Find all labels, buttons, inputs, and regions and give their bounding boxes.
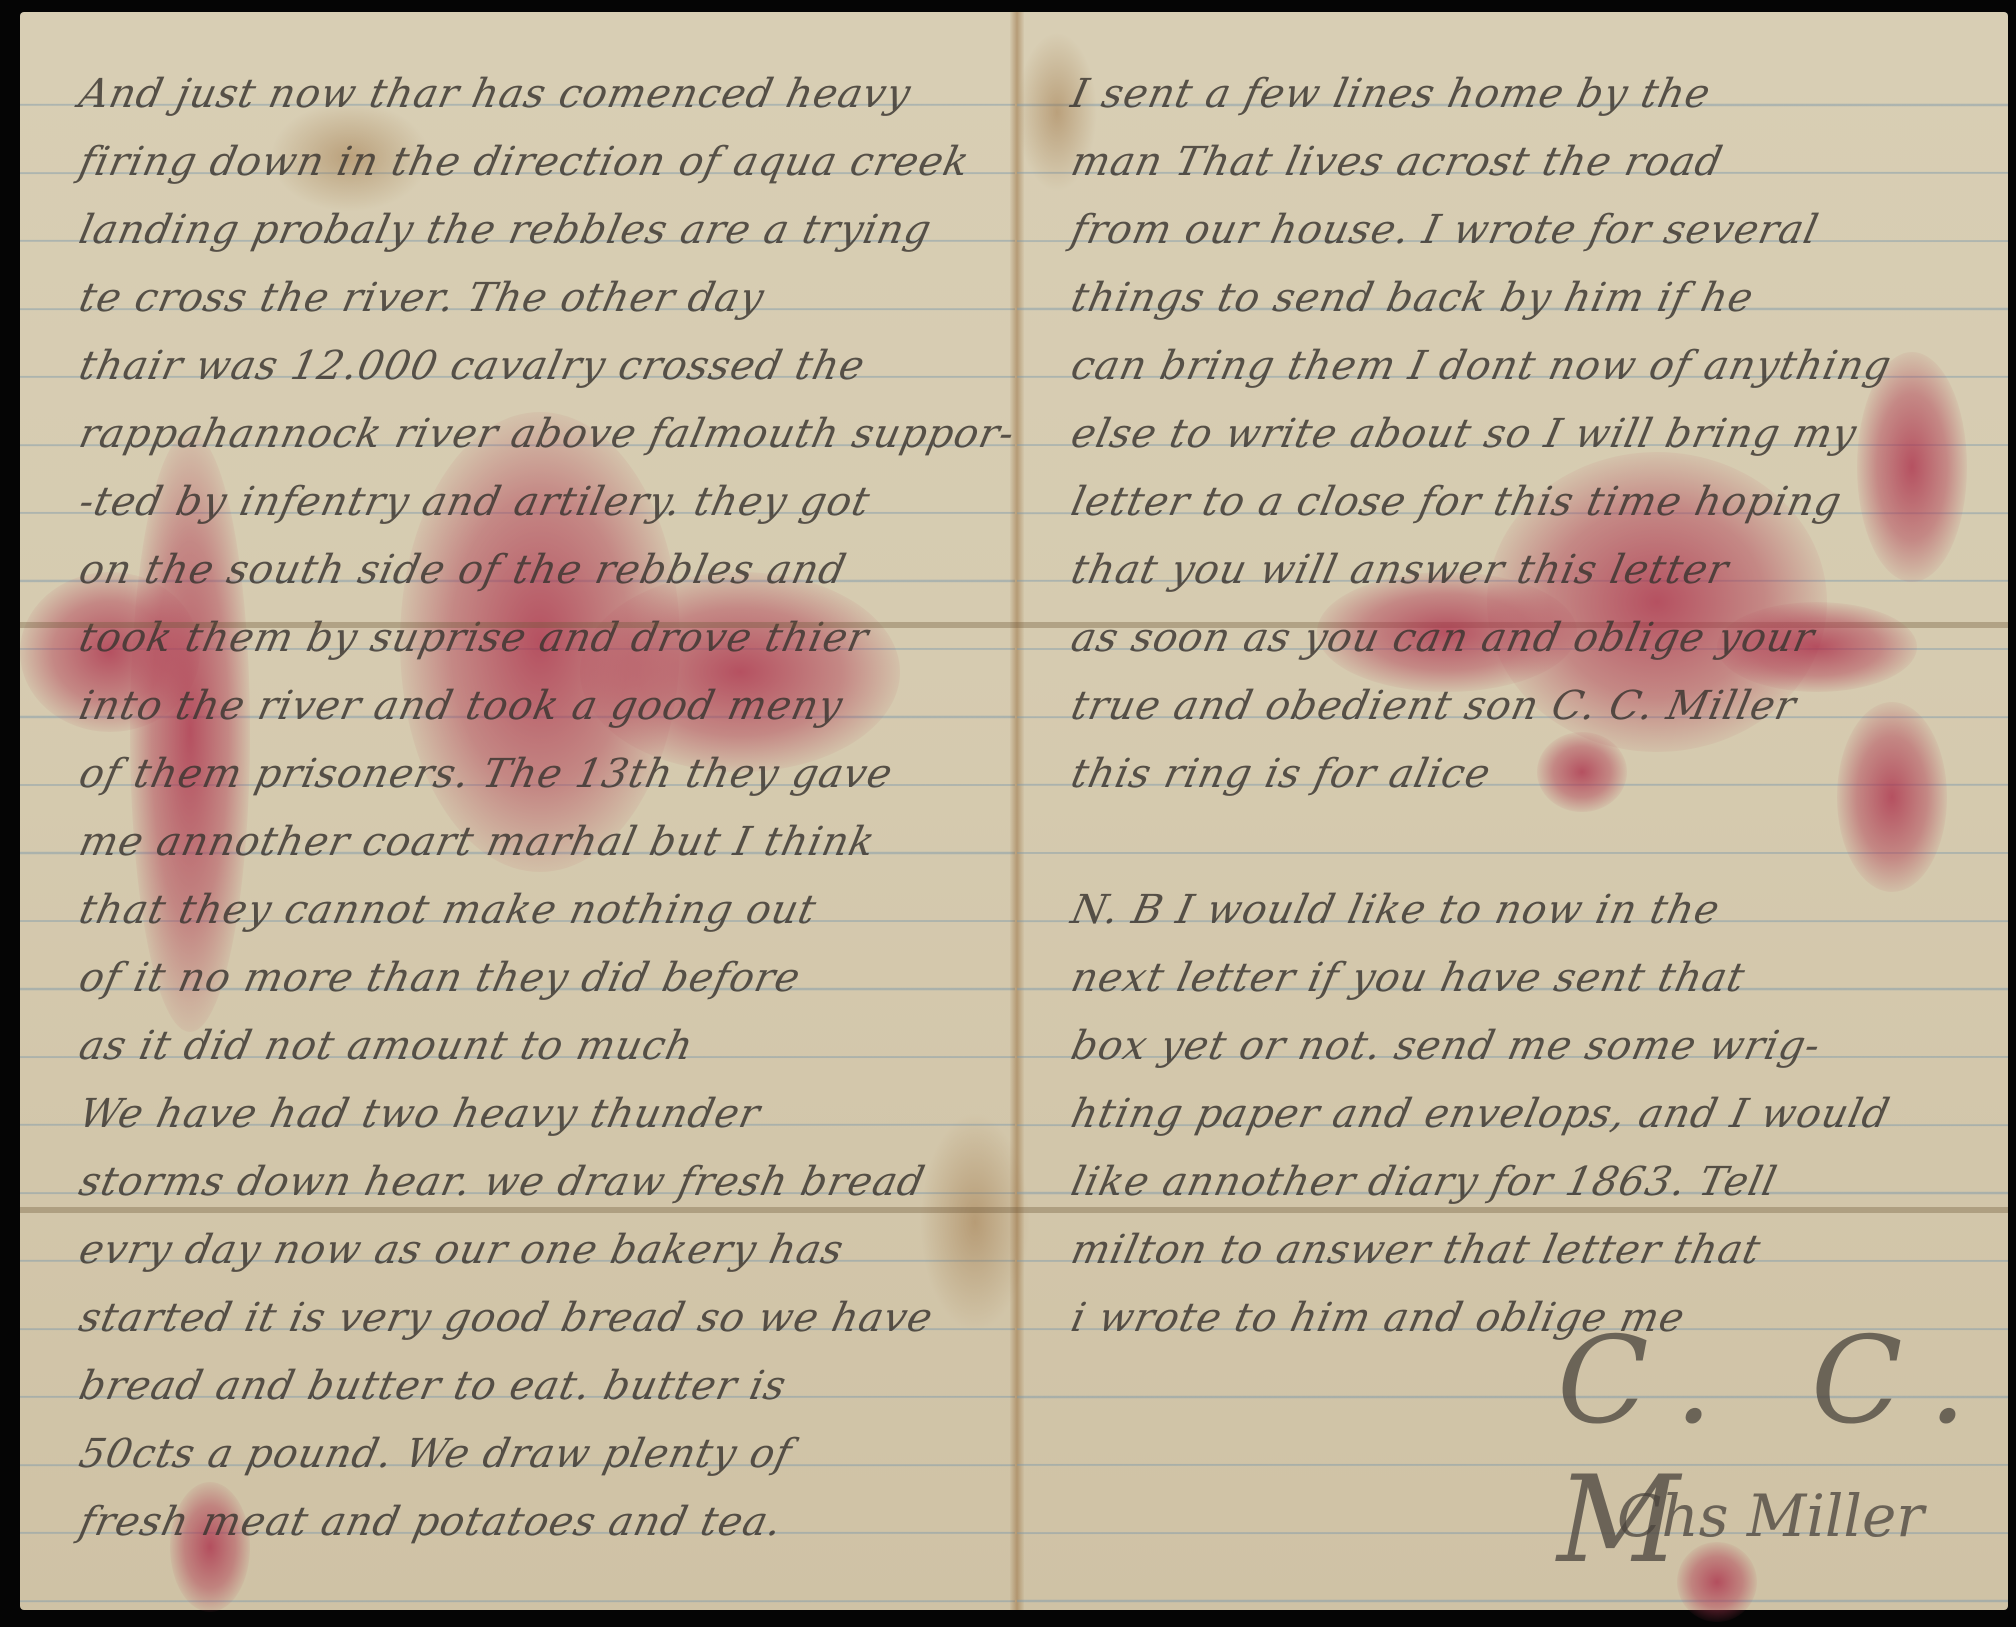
text-line: like annother diary for 1863. Tell bbox=[1065, 1148, 1985, 1216]
text-line: can bring them I dont now of anything bbox=[1065, 332, 1985, 400]
text-line: this ring is for alice bbox=[1065, 740, 1985, 808]
text-line: on the south side of the rebbles and bbox=[73, 536, 992, 604]
text-line: started it is very good bread so we have bbox=[73, 1284, 992, 1352]
left-page-text: And just now thar has comenced heavy fir… bbox=[80, 60, 985, 1556]
text-line: me annother coart marhal but I think bbox=[73, 808, 992, 876]
left-page: And just now thar has comenced heavy fir… bbox=[20, 12, 1015, 1610]
text-line: from our house. I wrote for several bbox=[1065, 196, 1985, 264]
text-line: else to write about so I will bring my bbox=[1065, 400, 1985, 468]
text-line bbox=[1065, 808, 1985, 876]
text-line: as it did not amount to much bbox=[73, 1012, 992, 1080]
text-line: of them prisoners. The 13th they gave bbox=[73, 740, 992, 808]
text-line: true and obedient son C. C. Miller bbox=[1065, 672, 1985, 740]
right-page-text: I sent a few lines home by the man That … bbox=[1072, 60, 1978, 1352]
text-line: letter to a close for this time hoping bbox=[1065, 468, 1985, 536]
text-line: thair was 12.000 cavalry crossed the bbox=[73, 332, 992, 400]
text-line: man That lives acrost the road bbox=[1065, 128, 1985, 196]
text-line: milton to answer that letter that bbox=[1065, 1216, 1985, 1284]
text-line: next letter if you have sent that bbox=[1065, 944, 1985, 1012]
text-line: 50cts a pound. We draw plenty of bbox=[73, 1420, 992, 1488]
text-line: N. B I would like to now in the bbox=[1065, 876, 1985, 944]
text-line: -ted by infentry and artilery. they got bbox=[73, 468, 992, 536]
text-line: And just now thar has comenced heavy bbox=[73, 60, 992, 128]
text-line: bread and butter to eat. butter is bbox=[73, 1352, 992, 1420]
text-line: evry day now as our one bakery has bbox=[73, 1216, 992, 1284]
text-line: fresh meat and potatoes and tea. bbox=[73, 1488, 992, 1556]
signature-name: Chs Miller bbox=[1617, 1482, 1924, 1550]
text-line: hting paper and envelops, and I would bbox=[1065, 1080, 1985, 1148]
text-line: te cross the river. The other day bbox=[73, 264, 992, 332]
text-line: as soon as you can and oblige your bbox=[1065, 604, 1985, 672]
text-line: into the river and took a good meny bbox=[73, 672, 992, 740]
text-line: of it no more than they did before bbox=[73, 944, 992, 1012]
text-line: firing down in the direction of aqua cre… bbox=[73, 128, 992, 196]
text-line: box yet or not. send me some wrig- bbox=[1065, 1012, 1985, 1080]
text-line: took them by suprise and drove thier bbox=[73, 604, 992, 672]
text-line: We have had two heavy thunder bbox=[73, 1080, 992, 1148]
text-line: rappahannock river above falmouth suppor… bbox=[73, 400, 992, 468]
text-line: that you will answer this letter bbox=[1065, 536, 1985, 604]
text-line: things to send back by him if he bbox=[1065, 264, 1985, 332]
right-page: I sent a few lines home by the man That … bbox=[1017, 12, 2008, 1610]
text-line: I sent a few lines home by the bbox=[1065, 60, 1985, 128]
letter-sheet: And just now thar has comenced heavy fir… bbox=[20, 12, 2008, 1610]
text-line: storms down hear. we draw fresh bread bbox=[73, 1148, 992, 1216]
text-line: landing probaly the rebbles are a trying bbox=[73, 196, 992, 264]
text-line: that they cannot make nothing out bbox=[73, 876, 992, 944]
